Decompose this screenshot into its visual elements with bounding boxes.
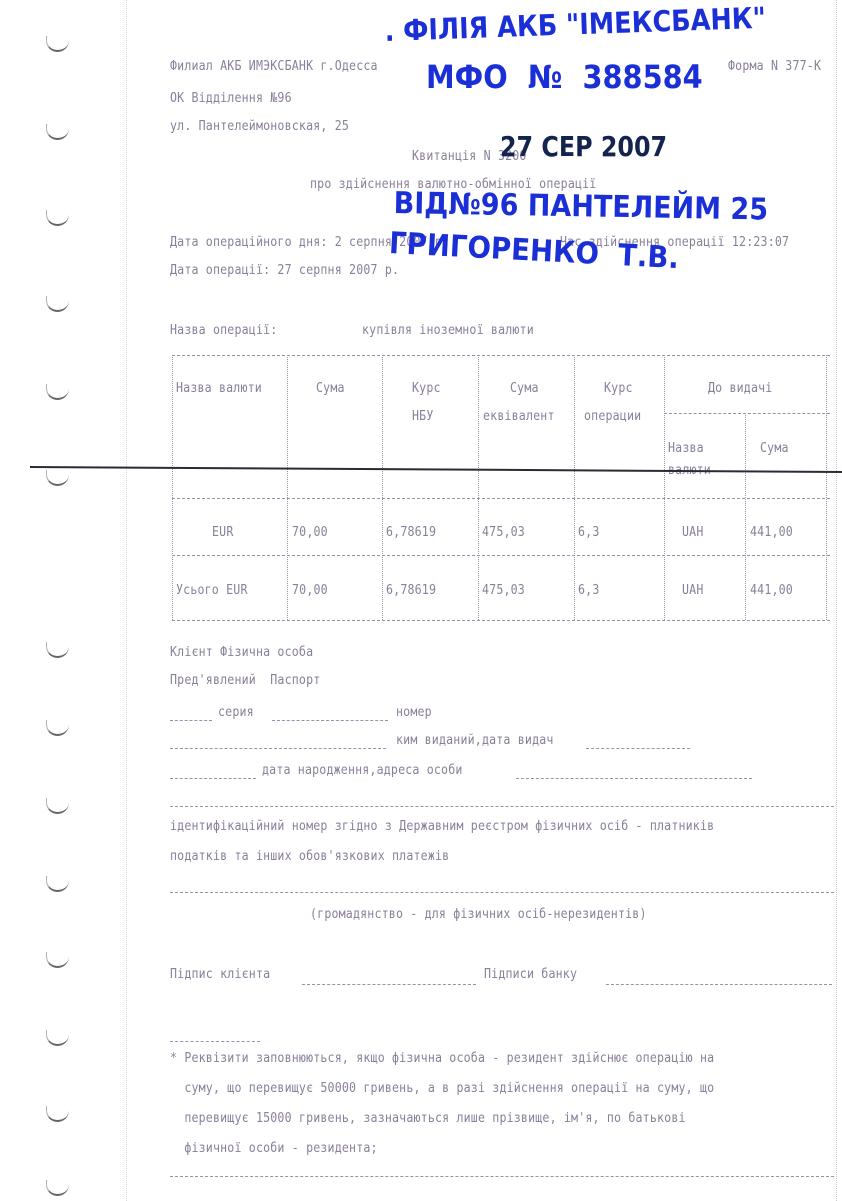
date-stamp: 27 СЕР 2007: [500, 130, 667, 163]
series-field: [272, 720, 388, 721]
header-nbu-rate-2: НБУ: [412, 408, 433, 424]
cell-currency: Усього EUR: [176, 582, 248, 598]
tax-id-field: [170, 892, 834, 893]
binder-hole-icon: [46, 36, 69, 52]
cell-nbu-rate: 6,78619: [386, 524, 436, 540]
binder-hole-icon: [46, 798, 69, 814]
header-amount: Сума: [316, 380, 345, 396]
mfo-stamp: МФО № 388584: [426, 58, 703, 96]
series-label: серия: [218, 704, 254, 720]
cell-amount: 70,00: [292, 582, 328, 598]
branch-line: Филиал АКБ ИМЭКСБАНК г.Одесса: [170, 58, 378, 74]
number-label: номер: [396, 704, 432, 720]
cell-nbu-rate: 6,78619: [386, 582, 436, 598]
operation-label: Назва операції:: [170, 322, 277, 338]
page-edge-line: [836, 0, 837, 1201]
client-signature-field: [302, 984, 476, 985]
binder-hole-icon: [46, 296, 69, 312]
address-field: [516, 778, 752, 779]
bank-stamp: . ФІЛІЯ АКБ "ІМЕКСБАНК": [384, 1, 766, 48]
header-payout-amount: Сума: [760, 440, 789, 456]
header-nbu-rate: Курс: [412, 380, 441, 396]
issued-label: ким виданий,дата видач: [396, 732, 554, 748]
department: ОК Відділення №96: [170, 90, 292, 106]
binder-hole-icon: [46, 1180, 69, 1196]
operation-date: Дата операції: 27 серпня 2007 р.: [170, 262, 399, 278]
tax-id-label-2: податків та інших обов'язкових платежів: [170, 848, 449, 864]
branch-stamp: ВІД№96 ПАНТЕЛЕЙМ 25: [393, 186, 768, 228]
header-op-rate: Курс: [604, 380, 633, 396]
binder-hole-icon: [46, 210, 69, 226]
header-equivalent: Сума: [510, 380, 539, 396]
tax-id-label: ідентифікаційний номер згідно з Державни…: [170, 818, 714, 834]
header-equivalent-2: еквівалент: [483, 408, 555, 424]
cell-equivalent: 475,03: [482, 582, 525, 598]
cell-payout-amount: 441,00: [750, 524, 793, 540]
header-payout-name: Назва: [668, 440, 704, 456]
receipt-document: Филиал АКБ ИМЭКСБАНК г.Одесса Форма N 37…: [0, 0, 842, 1201]
cell-payout-currency: UAH: [682, 524, 703, 540]
cell-equivalent: 475,03: [482, 524, 525, 540]
form-number: Форма N 377-К: [728, 58, 821, 74]
client-document: Пред'явлений Паспорт: [170, 672, 320, 688]
perforation-line: [126, 0, 127, 1201]
client-type: Клієнт Фізична особа: [170, 644, 313, 660]
binder-hole-icon: [46, 1106, 69, 1122]
header-currency-name: Назва валюти: [176, 380, 262, 396]
cell-currency: EUR: [212, 524, 233, 540]
bank-signature-field: [606, 984, 832, 985]
footnote-line: перевищує 15000 гривень, зазначаються ли…: [170, 1110, 686, 1126]
header-payout: До видачі: [708, 380, 772, 396]
binder-hole-icon: [46, 952, 69, 968]
address: ул. Пантелеймоновская, 25: [170, 118, 349, 134]
cell-payout-amount: 441,00: [750, 582, 793, 598]
issue-date-field: [586, 748, 690, 749]
cell-amount: 70,00: [292, 524, 328, 540]
footnote-line: * Реквізити заповнюються, якщо фізична о…: [170, 1050, 714, 1066]
operation-value: купівля іноземної валюти: [362, 322, 534, 338]
binder-hole-icon: [46, 470, 69, 486]
binder-hole-icon: [46, 876, 69, 892]
binder-hole-icon: [46, 720, 69, 736]
binder-hole-icon: [46, 124, 69, 140]
scan-artifact-line: [30, 466, 842, 473]
binder-hole-icon: [46, 384, 69, 400]
birth-label: дата народження,адреса особи: [262, 762, 463, 778]
client-signature-label: Підпис клієнта: [170, 966, 270, 982]
footnote-line: суму, що перевищує 50000 гривень, а в ра…: [170, 1080, 714, 1096]
issued-by-field: [170, 748, 386, 749]
citizenship-label: (громадянство - для фізичних осіб-нерези…: [310, 906, 647, 922]
binder-hole-icon: [46, 1030, 69, 1046]
bank-signature-label: Підписи банку: [484, 966, 577, 982]
footnote-line: фізичної особи - резидента;: [170, 1140, 378, 1156]
cell-op-rate: 6,3: [578, 524, 599, 540]
cell-op-rate: 6,3: [578, 582, 599, 598]
header-op-rate-2: операции: [584, 408, 641, 424]
cell-payout-currency: UAH: [682, 582, 703, 598]
binder-hole-icon: [46, 642, 69, 658]
birth-date-field: [170, 778, 256, 779]
